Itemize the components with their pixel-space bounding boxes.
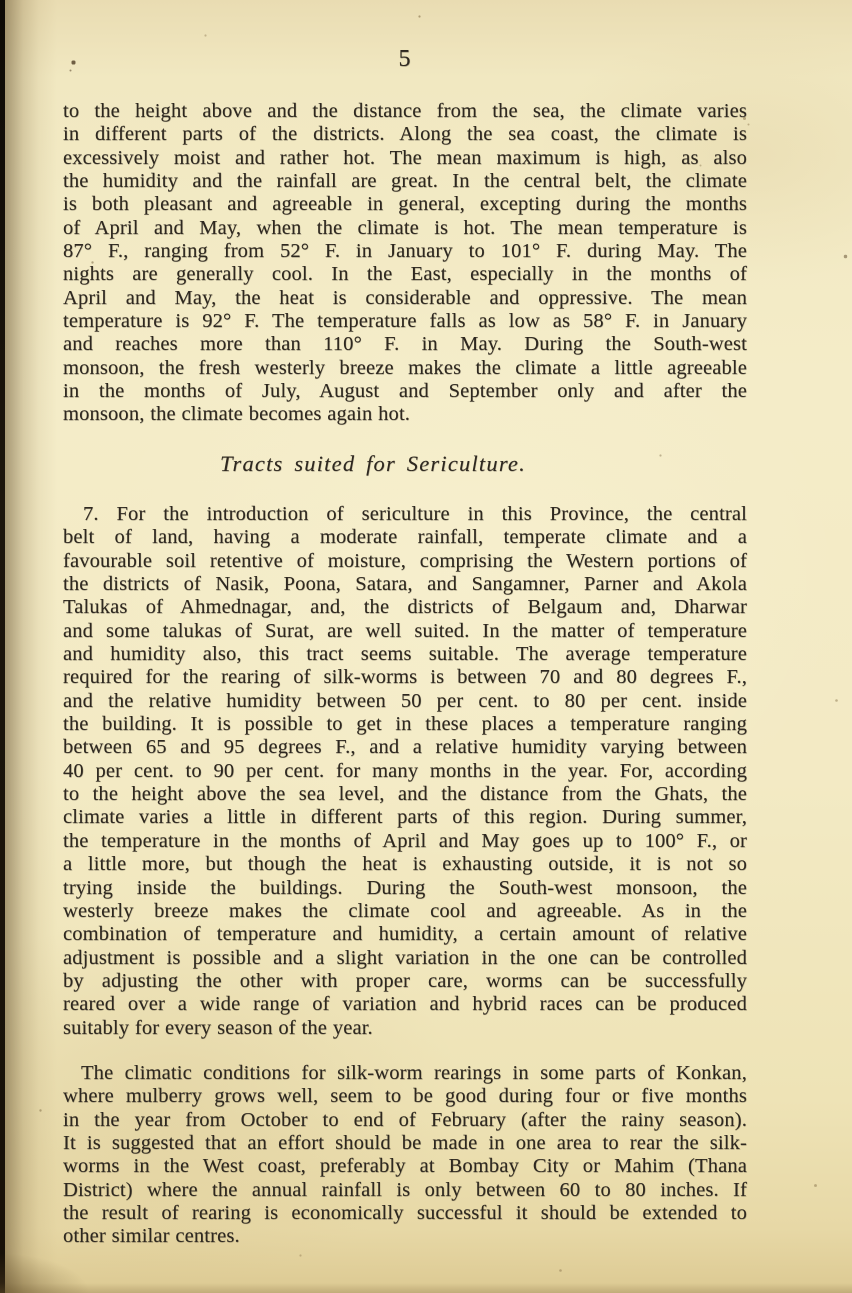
climate-paragraph: to the height above and the distance fro… (63, 100, 747, 427)
scanned-book-page: 5 to the height above and the distance f… (0, 0, 852, 1293)
sericulture-tracts-paragraph: 7. For the introduction of sericulture i… (63, 503, 747, 1040)
text-line: to the height above and the distance fro… (63, 100, 747, 123)
text-line: excessively moist and rather hot. The me… (63, 147, 747, 170)
text-line: by adjusting the other with proper care,… (63, 970, 747, 993)
text-line: and some talukas of Surat, are well suit… (63, 620, 747, 643)
text-line: of April and May, when the climate is ho… (63, 217, 747, 240)
page-bottom-shadow (0, 1283, 852, 1293)
text-line: the building. It is possible to get in t… (63, 713, 747, 736)
text-line: reared over a wide range of variation an… (63, 993, 747, 1016)
text-line: the temperature in the months of April a… (63, 830, 747, 853)
text-line: 7. For the introduction of sericulture i… (63, 503, 747, 526)
text-line: the result of rearing is economically su… (63, 1202, 747, 1225)
text-line: worms in the West coast, preferably at B… (63, 1155, 747, 1178)
text-line: where mulberry grows well, seem to be go… (63, 1085, 747, 1108)
text-line: 40 per cent. to 90 per cent. for many mo… (63, 760, 747, 783)
text-line: and the relative humidity between 50 per… (63, 690, 747, 713)
text-line: trying inside the buildings. During the … (63, 877, 747, 900)
text-line: to the height above the sea level, and t… (63, 783, 747, 806)
page-number: 5 (63, 46, 747, 80)
text-line: a little more, but though the heat is ex… (63, 853, 747, 876)
text-line: favourable soil retentive of moisture, c… (63, 550, 747, 573)
text-line: westerly breeze makes the climate cool a… (63, 900, 747, 923)
text-line: is both pleasant and agreeable in genera… (63, 193, 747, 216)
text-line: the humidity and the rainfall are great.… (63, 170, 747, 193)
text-line: April and May, the heat is considerable … (63, 287, 747, 310)
page-gutter-shadow (5, 0, 57, 1293)
text-line: other similar centres. (63, 1225, 747, 1248)
text-line: It is suggested that an effort should be… (63, 1132, 747, 1155)
text-line: in the year from October to end of Febru… (63, 1109, 747, 1132)
text-line: monsoon, the fresh westerly breeze makes… (63, 357, 747, 380)
text-line: between 65 and 95 degrees F., and a rela… (63, 736, 747, 759)
text-line: and reaches more than 110° F. in May. Du… (63, 333, 747, 356)
text-line: The climatic conditions for silk-worm re… (63, 1062, 747, 1085)
text-line: combination of temperature and humidity,… (63, 923, 747, 946)
text-line: temperature is 92° F. The temperature fa… (63, 310, 747, 333)
section-heading: Tracts suited for Sericulture. (63, 451, 747, 477)
paper-specks (0, 0, 1, 1)
text-line: Talukas of Ahmednagar, and, the district… (63, 596, 747, 619)
text-line: adjustment is possible and a slight vari… (63, 947, 747, 970)
text-line: monsoon, the climate becomes again hot. (63, 403, 747, 426)
text-line: required for the rearing of silk-worms i… (63, 666, 747, 689)
text-line: suitably for every season of the year. (63, 1017, 747, 1040)
text-line: nights are generally cool. In the East, … (63, 263, 747, 286)
konkan-paragraph: The climatic conditions for silk-worm re… (63, 1062, 747, 1249)
text-line: climate varies a little in different par… (63, 806, 747, 829)
text-line: 87° F., ranging from 52° F. in January t… (63, 240, 747, 263)
page-corner-shadow (0, 1253, 90, 1293)
text-line: and humidity also, this tract seems suit… (63, 643, 747, 666)
text-line: in the months of July, August and Septem… (63, 380, 747, 403)
text-line: in different parts of the districts. Alo… (63, 123, 747, 146)
text-line: the districts of Nasik, Poona, Satara, a… (63, 573, 747, 596)
text-line: belt of land, having a moderate rainfall… (63, 526, 747, 549)
text-line: District) where the annual rainfall is o… (63, 1179, 747, 1202)
